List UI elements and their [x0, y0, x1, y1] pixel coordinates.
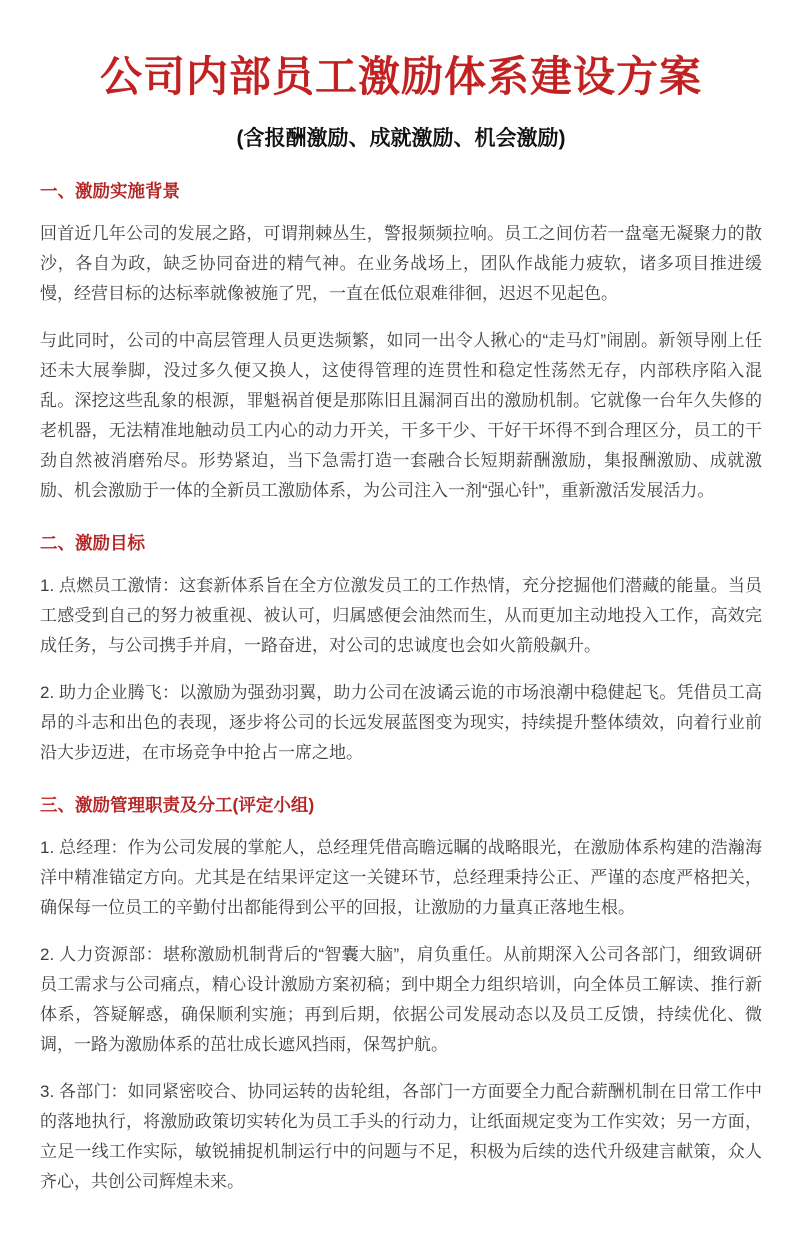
paragraph: 1. 总经理：作为公司发展的掌舵人，总经理凭借高瞻远瞩的战略眼光，在激励体系构建…	[40, 833, 762, 923]
document-subtitle: (含报酬激励、成就激励、机会激励)	[40, 124, 762, 154]
document-page: 公司内部员工激励体系建设方案 (含报酬激励、成就激励、机会激励) 一、激励实施背…	[0, 0, 800, 1254]
section-heading-background: 一、激励实施背景	[40, 180, 762, 202]
paragraph: 2. 人力资源部：堪称激励机制背后的“智囊大脑”，肩负重任。从前期深入公司各部门…	[40, 940, 762, 1060]
paragraph: 2. 助力企业腾飞：以激励为强劲羽翼，助力公司在波谲云诡的市场浪潮中稳健起飞。凭…	[40, 678, 762, 768]
paragraph: 3. 各部门：如同紧密咬合、协同运转的齿轮组，各部门一方面要全力配合薪酬机制在日…	[40, 1077, 762, 1197]
section-management-duties: 三、激励管理职责及分工(评定小组) 1. 总经理：作为公司发展的掌舵人，总经理凭…	[40, 794, 762, 1197]
document-title: 公司内部员工激励体系建设方案	[40, 52, 762, 102]
section-heading-goals: 二、激励目标	[40, 532, 762, 554]
section-incentive-background: 一、激励实施背景 回首近几年公司的发展之路，可谓荆棘丛生，警报频频拉响。员工之间…	[40, 180, 762, 506]
paragraph: 回首近几年公司的发展之路，可谓荆棘丛生，警报频频拉响。员工之间仿若一盘毫无凝聚力…	[40, 219, 762, 309]
paragraph: 与此同时，公司的中高层管理人员更迭频繁，如同一出令人揪心的“走马灯”闹剧。新领导…	[40, 326, 762, 506]
section-heading-duties: 三、激励管理职责及分工(评定小组)	[40, 794, 762, 816]
paragraph: 1. 点燃员工激情：这套新体系旨在全方位激发员工的工作热情，充分挖掘他们潜藏的能…	[40, 571, 762, 661]
section-incentive-goals: 二、激励目标 1. 点燃员工激情：这套新体系旨在全方位激发员工的工作热情，充分挖…	[40, 532, 762, 768]
